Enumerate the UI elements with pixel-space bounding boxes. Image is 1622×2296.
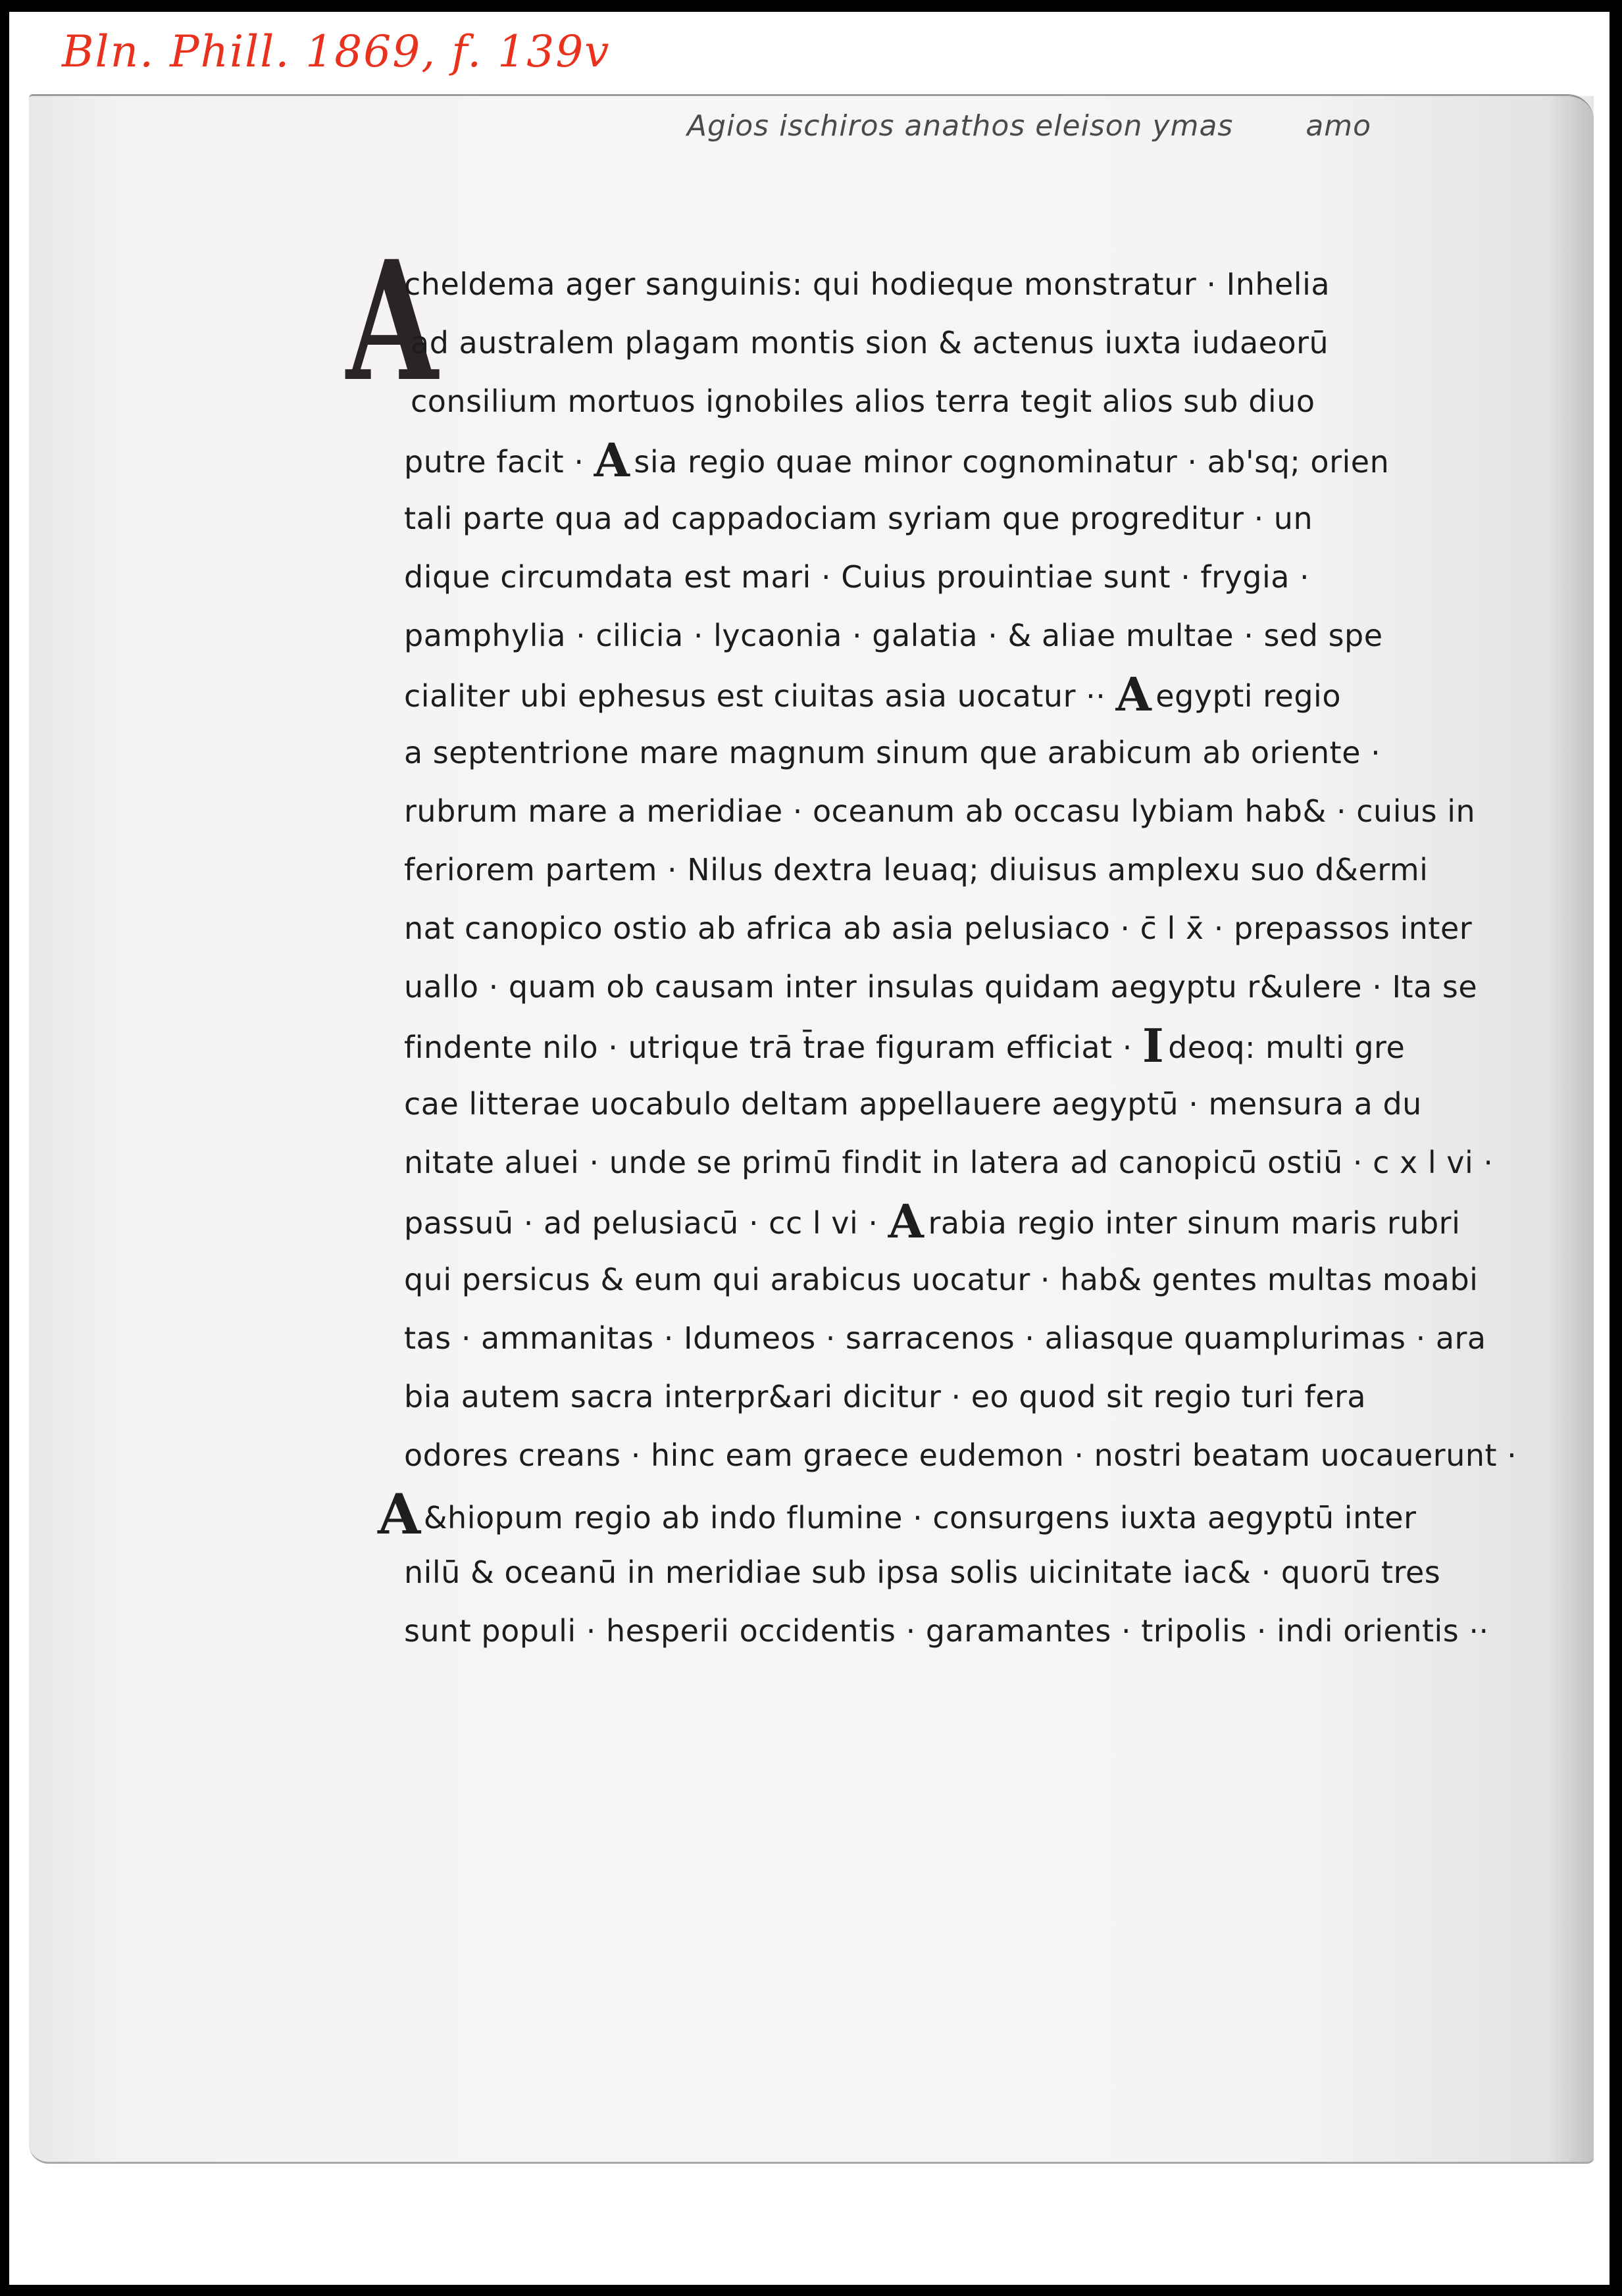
line-text: odores creans · hinc eam graece eudemon … (404, 1437, 1517, 1473)
text-line: rubrum mare a meridiae · oceanum ab occa… (404, 782, 1575, 841)
text-line: odores creans · hinc eam graece eudemon … (404, 1426, 1575, 1485)
header-left-text: Agios ischiros anathos eleison ymas (687, 109, 1233, 143)
text-line: ad australem plagam montis sion & actenu… (411, 314, 1575, 372)
line-text: tali parte qua ad cappadociam syriam que… (404, 501, 1313, 536)
section-initial: A (888, 1194, 925, 1249)
line-text: a septentrione mare magnum sinum que ara… (404, 735, 1381, 770)
text-line: consilium mortuos ignobiles alios terra … (411, 372, 1575, 431)
text-line: A&hiopum regio ab indo flumine · consurg… (378, 1485, 1575, 1543)
text-line: dique circumdata est mari · Cuius prouin… (404, 548, 1575, 607)
line-text: sunt populi · hesperii occidentis · gara… (404, 1613, 1489, 1649)
text-line: tali parte qua ad cappadociam syriam que… (404, 489, 1575, 548)
line-text-before-initial: findente nilo · utrique trā t̄rae figura… (404, 1030, 1132, 1065)
line-text: feriorem partem · Nilus dextra leuaq; di… (404, 852, 1428, 887)
text-line: nat canopico ostio ab africa ab asia pel… (404, 899, 1575, 958)
text-line: qui persicus & eum qui arabicus uocatur … (404, 1251, 1575, 1309)
line-text: &hiopum regio ab indo flumine · consurge… (424, 1500, 1417, 1535)
text-line: findente nilo · utrique trā t̄rae figura… (404, 1016, 1575, 1075)
section-initial: A (1115, 667, 1152, 722)
line-text: ad australem plagam montis sion & actenu… (411, 325, 1329, 361)
text-line: sunt populi · hesperii occidentis · gara… (404, 1602, 1575, 1660)
line-text: uallo · quam ob causam inter insulas qui… (404, 969, 1477, 1005)
line-text: tas · ammanitas · Idumeos · sarracenos ·… (404, 1320, 1486, 1356)
line-text: nitate aluei · unde se primū findit in l… (404, 1145, 1494, 1180)
line-text-before-initial: passuū · ad pelusiacū · cc l vi · (404, 1205, 878, 1241)
page-frame: Bln. Phill. 1869, f. 139v Agios ischiros… (9, 12, 1609, 2285)
line-text: consilium mortuos ignobiles alios terra … (411, 384, 1315, 419)
section-initial: I (1142, 1018, 1164, 1073)
text-line: a septentrione mare magnum sinum que ara… (404, 724, 1575, 782)
line-text: nat canopico ostio ab africa ab asia pel… (404, 911, 1472, 946)
line-text: rubrum mare a meridiae · oceanum ab occa… (404, 793, 1475, 829)
section-initial: A (594, 433, 630, 487)
text-line: nitate aluei · unde se primū findit in l… (404, 1134, 1575, 1192)
line-text: bia autem sacra interpr&ari dicitur · eo… (404, 1379, 1366, 1414)
text-line: nilū & oceanū in meridiae sub ipsa solis… (404, 1543, 1575, 1602)
text-line: bia autem sacra interpr&ari dicitur · eo… (404, 1368, 1575, 1426)
text-line: putre facit · Asia regio quae minor cogn… (404, 431, 1575, 489)
main-text-block: cheldema ager sanguinis: qui hodieque mo… (404, 255, 1575, 1660)
line-text: deoq: multi gre (1168, 1030, 1405, 1065)
line-text: nilū & oceanū in meridiae sub ipsa solis… (404, 1555, 1440, 1590)
text-line: cheldema ager sanguinis: qui hodieque mo… (404, 255, 1575, 314)
text-line: uallo · quam ob causam inter insulas qui… (404, 958, 1575, 1016)
line-text: cheldema ager sanguinis: qui hodieque mo… (404, 266, 1330, 302)
text-line: cae litterae uocabulo deltam appellauere… (404, 1075, 1575, 1134)
section-initial: A (378, 1482, 421, 1547)
text-line: feriorem partem · Nilus dextra leuaq; di… (404, 841, 1575, 899)
line-text: cae litterae uocabulo deltam appellauere… (404, 1086, 1422, 1122)
text-line: tas · ammanitas · Idumeos · sarracenos ·… (404, 1309, 1575, 1368)
line-text: egypti regio (1155, 678, 1341, 714)
shelfmark-annotation: Bln. Phill. 1869, f. 139v (62, 26, 611, 77)
running-header: Agios ischiros anathos eleison ymasamo (687, 109, 1371, 143)
line-text: qui persicus & eum qui arabicus uocatur … (404, 1262, 1478, 1297)
text-line: cialiter ubi ephesus est ciuitas asia uo… (404, 665, 1575, 724)
line-text: pamphylia · cilicia · lycaonia · galatia… (404, 618, 1383, 653)
text-line: pamphylia · cilicia · lycaonia · galatia… (404, 607, 1575, 665)
line-text: sia regio quae minor cognominatur · ab's… (634, 444, 1389, 480)
text-line: passuū · ad pelusiacū · cc l vi · Arabia… (404, 1192, 1575, 1251)
line-text-before-initial: cialiter ubi ephesus est ciuitas asia uo… (404, 678, 1105, 714)
line-text-before-initial: putre facit · (404, 444, 584, 480)
line-text: dique circumdata est mari · Cuius prouin… (404, 559, 1309, 595)
line-text: rabia regio inter sinum maris rubri (928, 1205, 1460, 1241)
header-right-text: amo (1305, 109, 1371, 143)
